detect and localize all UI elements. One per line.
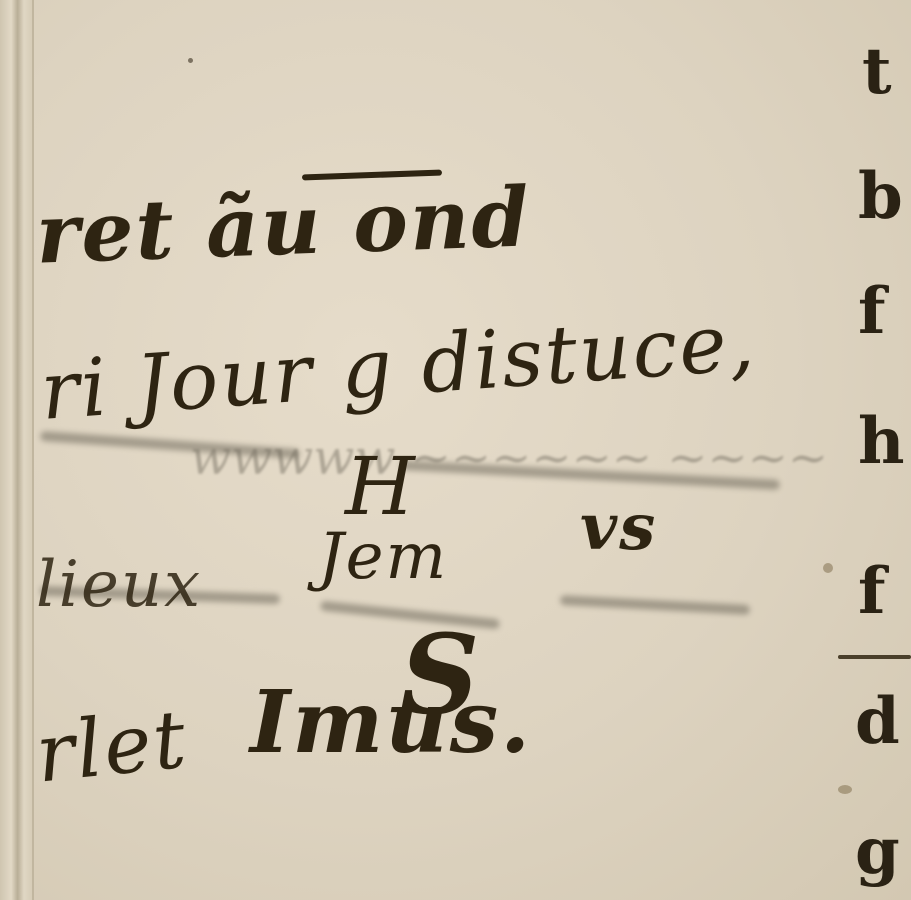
handwritten-struck-lieux: lieux: [36, 548, 202, 622]
printed-letter-t: t: [862, 40, 892, 104]
page-edge: [32, 0, 34, 900]
printed-letter-d: d: [855, 690, 900, 754]
manuscript-page: wwwww ~~~~~~ ~~~~ ret ãu ond ri Jour g d…: [0, 0, 911, 900]
printed-letter-b: b: [858, 165, 903, 229]
strikethrough-5: [560, 595, 750, 615]
handwritten-line-1: ret ãu ond: [34, 169, 532, 282]
handwritten-insert-jem: Jem: [318, 520, 448, 594]
printed-letter-g: g: [855, 820, 900, 884]
page-fold: [0, 0, 32, 900]
paper-speck: [838, 785, 852, 794]
handwritten-line-5b: Imus.: [250, 672, 532, 773]
printed-letter-h: h: [858, 410, 905, 474]
paper-speck: [188, 58, 193, 63]
printed-underline: [838, 655, 911, 659]
printed-letter-f-2: f: [858, 560, 886, 624]
handwritten-line-2: ri Jour g distuce,: [38, 295, 759, 438]
paper-speck: [823, 563, 833, 573]
handwritten-line-5a: rlet: [32, 692, 192, 800]
printed-letter-f: f: [858, 280, 886, 344]
handwritten-insert-vs: vs: [580, 490, 657, 565]
struck-text-line3: wwwww ~~~~~~ ~~~~: [190, 430, 828, 486]
